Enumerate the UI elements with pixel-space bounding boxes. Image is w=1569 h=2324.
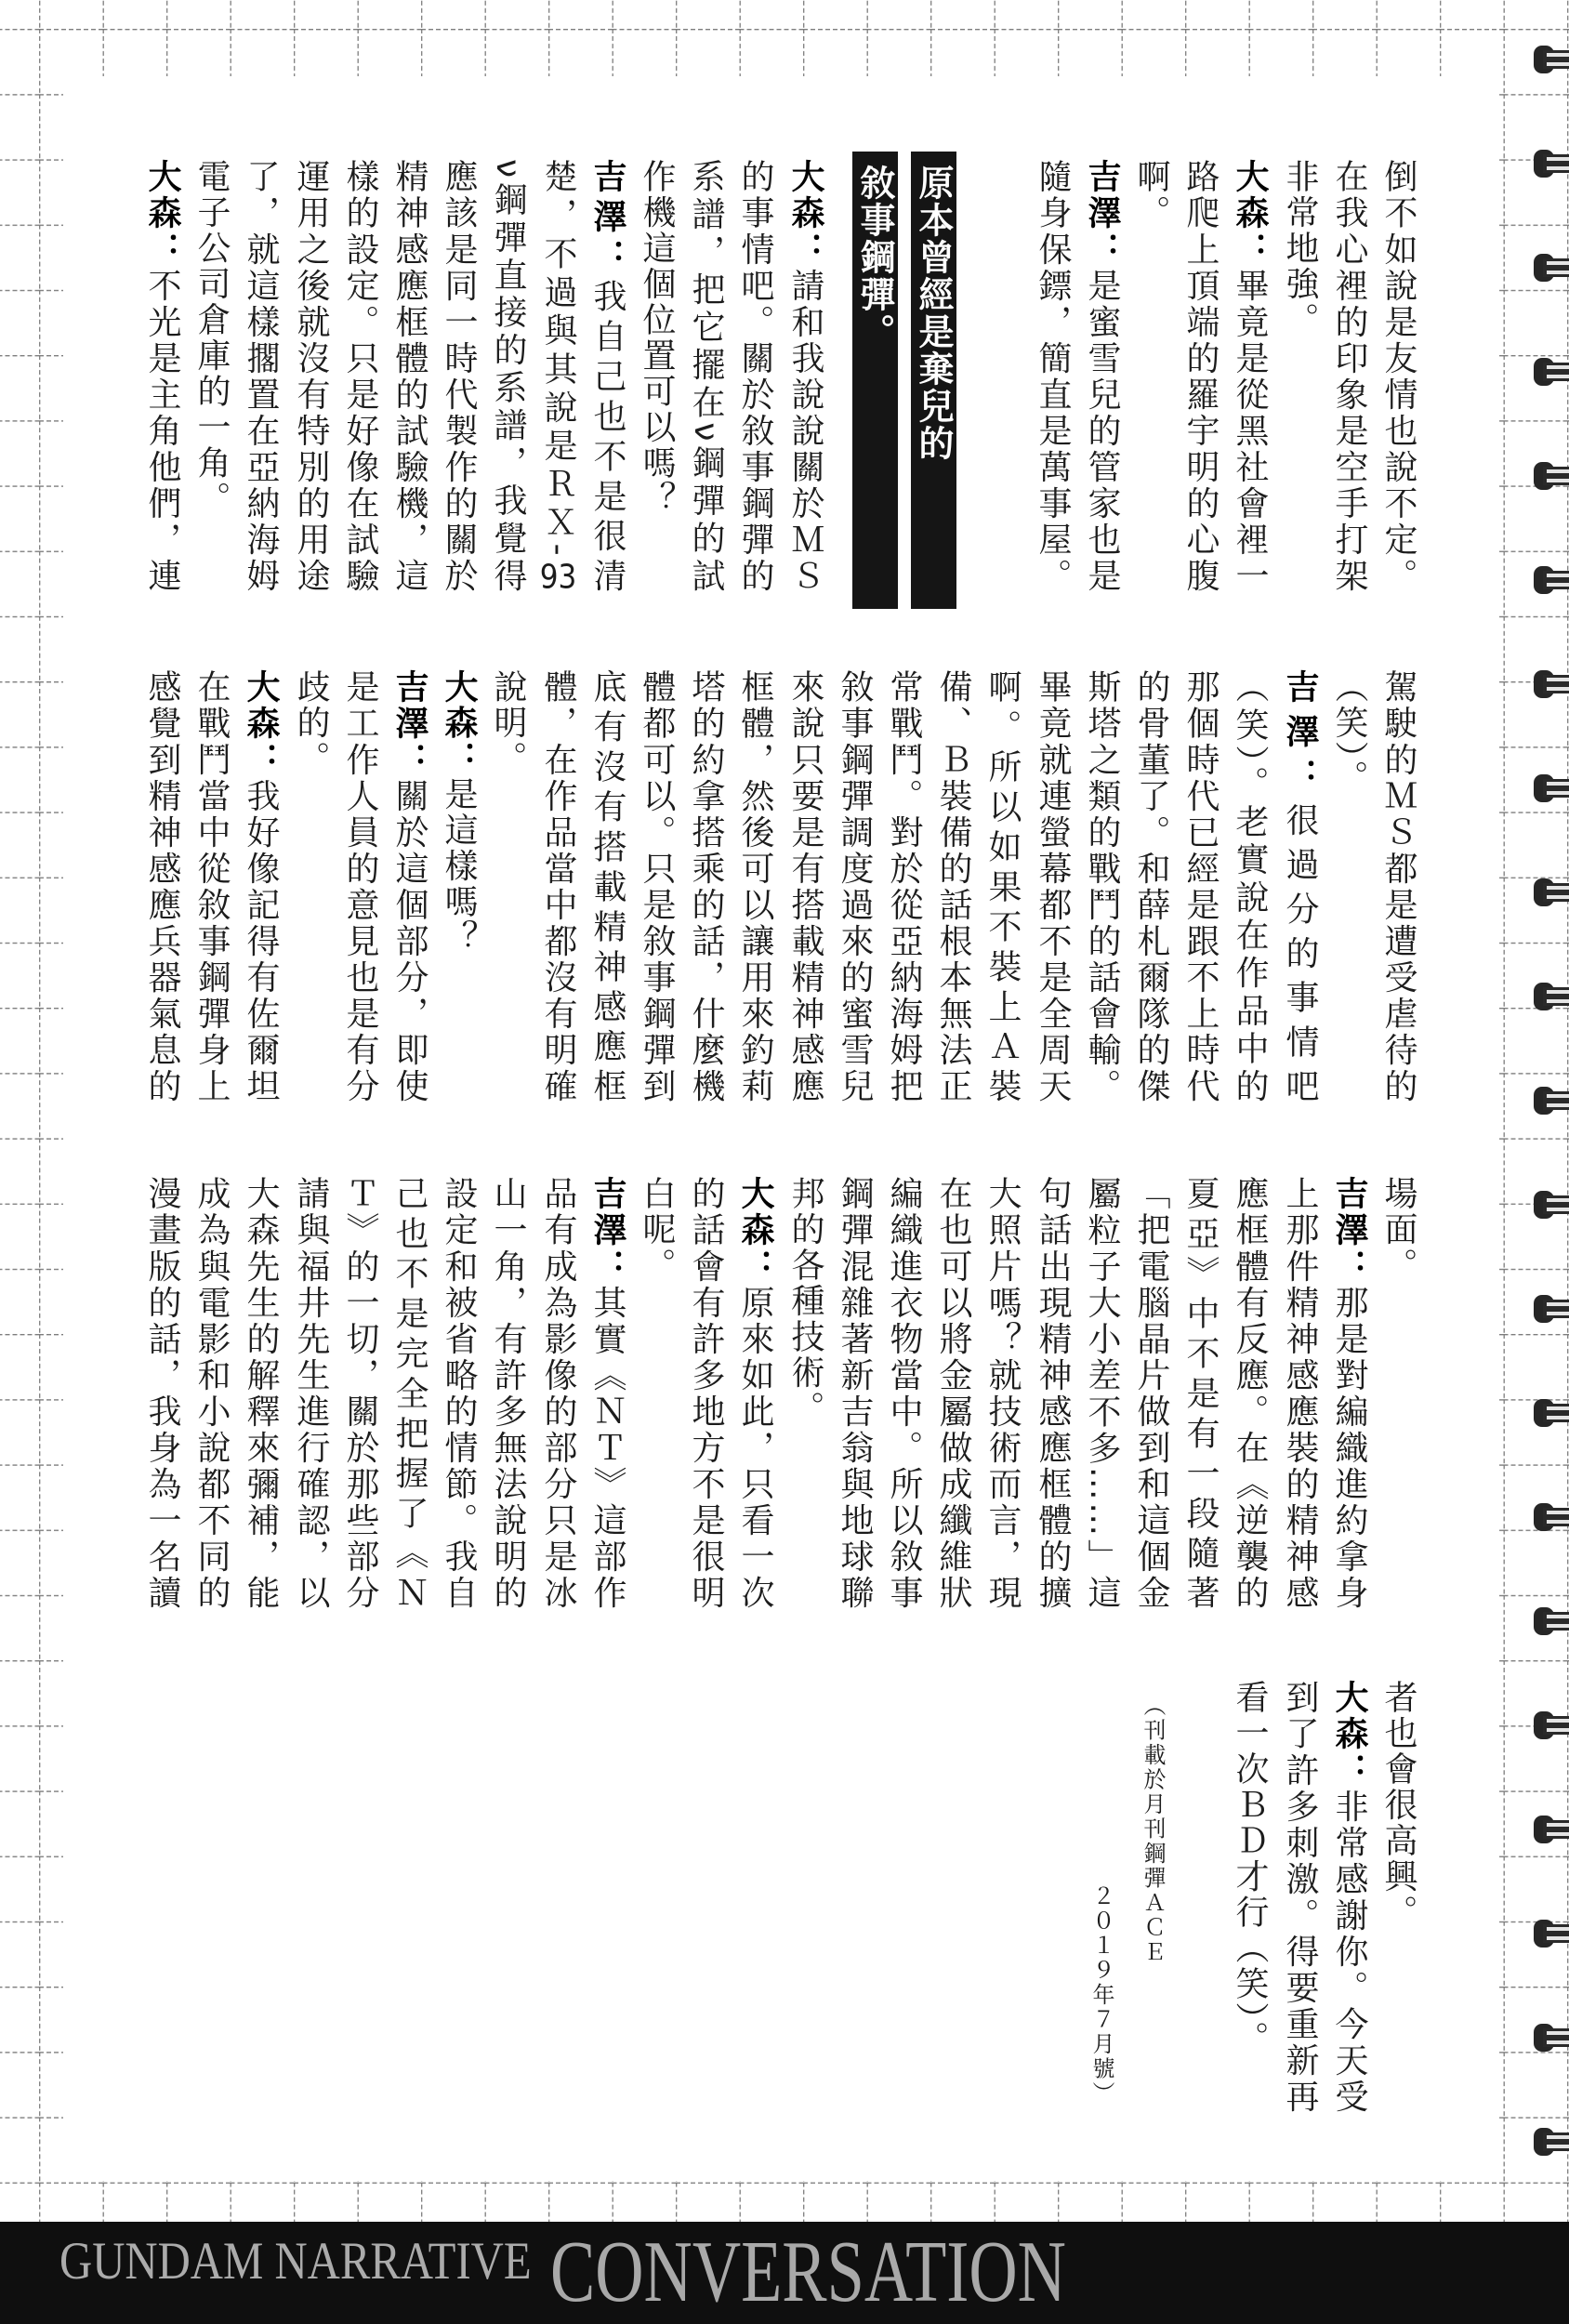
column-text: 斯塔之類的戰鬥的話會輸。 — [1083, 669, 1121, 1104]
text-tier-3: 場面。 吉澤：那是對編織進約拿身 上那件精神感應裝的精神感 應框體有反應。在《逆… — [0, 1176, 1569, 1622]
column-text: 的話會有許多地方不是很明 — [687, 1176, 725, 1611]
text-column: 大森：請和我說說關於ＭＳ — [786, 159, 824, 594]
text-column: 編織進衣物當中。所以敘事 — [885, 1176, 922, 1611]
text-column: 是工作人員的意見也是有分 — [341, 669, 378, 1104]
column-text: 的事情吧。關於敘事鋼彈的 — [736, 159, 774, 594]
text-column: 漫畫版的話，我身為一名讀 — [143, 1176, 180, 1611]
column-text: 畢竟就連螢幕都不是全周天 — [1034, 669, 1072, 1104]
text-column: 了，就這樣擱置在亞納海姆 — [242, 159, 279, 594]
column-text: （笑）。老實說在作品中的 — [1231, 669, 1269, 1104]
text-column: 大森先生的解釋來彌補，能 — [242, 1176, 279, 1611]
text-tier-4: 者也會很高興。 大森：非常感謝你。今天受 到了許多刺激。得要重新再 看一次ＢＤ才… — [0, 1680, 1569, 2126]
column-text: 敘事鋼彈調度過來的蜜雪兒 — [836, 669, 874, 1104]
text-column: 吉澤：關於這個部分，即使 — [390, 669, 428, 1104]
speaker-label: 大森： — [1330, 1680, 1368, 1789]
column-text: 駕駛的ＭＳ都是遭受虐待的 — [1379, 669, 1417, 1104]
text-column: 啊。所以如果不裝上Ａ裝 — [983, 669, 1021, 1104]
column-text: 運用之後就沒有特別的用途 — [292, 159, 330, 594]
text-column: 成為與電影和小說都不同的 — [192, 1176, 230, 1611]
column-text: 應框體有反應。在《逆襲的 — [1231, 1176, 1269, 1611]
text-column: 吉澤：我自己也不是很清 — [588, 159, 626, 594]
text-column: 山一角，有許多無法說明的 — [489, 1176, 526, 1611]
column-text: 路爬上頂端的羅宇明的心腹 — [1181, 159, 1220, 594]
column-text: 大照片嗎？就技術而言，現 — [983, 1176, 1022, 1611]
text-column: 己也不是完全把握了《Ｎ — [390, 1176, 428, 1611]
text-column: 請與福井先生進行確認，以 — [292, 1176, 329, 1611]
column-text: 說明。 — [489, 669, 527, 777]
column-text: 句話出現精神感應框體的擴 — [1034, 1176, 1072, 1611]
speaker-label: 吉澤： — [588, 159, 626, 279]
column-text: 體，在作品當中都沒有明確 — [539, 669, 577, 1104]
column-text: 在戰鬥當中從敘事鋼彈身上 — [192, 669, 231, 1104]
column-text: 歧的。 — [292, 669, 330, 777]
headline-bar: 原本曾經是棄兒的 — [911, 152, 956, 609]
text-column: 來說只要是有搭載精神感應 — [786, 669, 824, 1104]
text-column: 邦的各種技術。 — [786, 1176, 824, 1611]
spiral-ring-icon — [1534, 2128, 1569, 2156]
text-column: 大森：非常感謝你。今天受 — [1330, 1680, 1367, 2115]
column-text: 感覺到精神感應兵器氣息的 — [143, 669, 181, 1104]
text-column: （笑）。老實說在作品中的 — [1231, 669, 1268, 1104]
speaker-label: 吉澤： — [1083, 159, 1121, 268]
text-column: 吉澤：很過分的事情吧 — [1281, 669, 1318, 1104]
column-text: 我好像記得有佐爾坦 — [242, 778, 280, 1104]
text-column: 吉澤：其實《ＮＴ》這部作 — [588, 1176, 626, 1611]
text-column: ν鋼彈直接的系譜，我覺得 — [489, 159, 526, 594]
text-column: 那個時代已經是跟不上時代 — [1181, 669, 1219, 1104]
text-column: 場面。 — [1379, 1176, 1417, 1611]
column-text: 隨身保鏢，簡直是萬事屋。 — [1034, 159, 1072, 594]
speaker-label: 大森： — [242, 669, 280, 778]
headline-bar: 敘事鋼彈。 — [852, 152, 898, 609]
column-text: 不光是主角他們，連 — [143, 268, 181, 594]
column-text: 作機這個位置可以嗎？ — [638, 159, 676, 517]
text-column: 感覺到精神感應兵器氣息的 — [143, 669, 180, 1104]
text-column: 常戰鬥。對於從亞納海姆把 — [885, 669, 922, 1104]
column-text: 請與福井先生進行確認，以 — [292, 1176, 330, 1611]
footer-band: GUNDAM NARRATIVE CONVERSATION — [0, 2222, 1569, 2324]
column-text: Ｔ》的一切，關於那些部分 — [341, 1176, 379, 1611]
speaker-label: 吉澤： — [1281, 669, 1319, 802]
column-text: 鋼彈混雜著新吉翁與地球聯 — [836, 1176, 874, 1611]
column-text: 是蜜雪兒的管家也是 — [1083, 268, 1121, 594]
text-column: 的骨董了。和薛札爾隊的傑 — [1132, 669, 1169, 1104]
column-text: 塔的約拿搭乘的話，什麼機 — [687, 669, 725, 1104]
text-tier-2: 駕駛的ＭＳ都是遭受虐待的 （笑）。 吉澤：很過分的事情吧 （笑）。老實說在作品中… — [0, 669, 1569, 1116]
column-text: ν鋼彈直接的系譜，我覺得 — [489, 159, 527, 594]
text-column: 體，在作品當中都沒有明確 — [539, 669, 576, 1104]
column-text: 應該是同一時代製作的關於 — [440, 159, 478, 594]
speaker-label: 大森： — [1231, 159, 1269, 268]
text-column: 品有成為影像的部分只是冰 — [539, 1176, 576, 1611]
column-text: （笑）。 — [1330, 669, 1368, 796]
text-column: 句話出現精神感應框體的擴 — [1034, 1176, 1071, 1611]
column-text: 大森先生的解釋來彌補，能 — [242, 1176, 280, 1611]
text-column: 歧的。 — [292, 669, 329, 1104]
column-text: 山一角，有許多無法說明的 — [489, 1176, 527, 1611]
text-column: 駕駛的ＭＳ都是遭受虐待的 — [1379, 669, 1417, 1104]
text-column: 運用之後就沒有特別的用途 — [292, 159, 329, 594]
column-text: 備、Ｂ裝備的話根本無法正 — [934, 669, 972, 1104]
headline-text: 敘事鋼彈。 — [854, 165, 896, 350]
citation-source: （刊載於月刊鋼彈ＡＣＥ — [1140, 1694, 1166, 1965]
column-text: 非常地強。 — [1281, 159, 1319, 338]
text-column: 大森：畢竟是從黑社會裡一 — [1231, 159, 1268, 594]
column-text: 原來如此，只看一次 — [736, 1285, 774, 1611]
text-column: 在也可以將金屬做成纖維狀 — [934, 1176, 971, 1611]
headline-text: 原本曾經是棄兒的 — [913, 165, 955, 462]
column-text: 那個時代已經是跟不上時代 — [1181, 669, 1220, 1104]
column-text: 來說只要是有搭載精神感應 — [786, 669, 824, 1104]
column-text: 常戰鬥。對於從亞納海姆把 — [885, 669, 923, 1104]
text-column: 說明。 — [489, 669, 526, 1104]
text-column: 啊。 — [1132, 159, 1169, 594]
text-column: 大森：我好像記得有佐爾坦 — [242, 669, 279, 1104]
column-text: 關於這個部分，即使 — [390, 778, 429, 1104]
text-column: 夏亞》中不是有一段隨著 — [1181, 1176, 1219, 1611]
text-column: 隨身保鏢，簡直是萬事屋。 — [1034, 159, 1071, 594]
text-column: 大森：不光是主角他們，連 — [143, 159, 180, 594]
column-text: 夏亞》中不是有一段隨著 — [1181, 1176, 1220, 1611]
column-text: 精神感應框體的試驗機，這 — [390, 159, 429, 594]
speaker-label: 大森： — [786, 159, 824, 268]
footer-section-title: CONVERSATION — [550, 2228, 1066, 2316]
column-text: 的骨董了。和薛札爾隊的傑 — [1132, 669, 1170, 1104]
column-text: 看一次ＢＤ才行（笑）。 — [1231, 1680, 1269, 2057]
column-text: 在我心裡的印象是空手打架 — [1330, 159, 1368, 594]
speaker-label: 吉澤： — [1330, 1176, 1368, 1285]
speaker-label: 大森： — [440, 669, 478, 777]
column-text: 啊。所以如果不裝上Ａ裝 — [983, 669, 1022, 1104]
text-column: 體都可以。只是敘事鋼彈到 — [638, 669, 675, 1104]
text-column: 應該是同一時代製作的關於 — [440, 159, 477, 594]
text-column: 上那件精神感應裝的精神感 — [1281, 1176, 1318, 1611]
column-text: 設定和被省略的情節。我自 — [440, 1176, 478, 1611]
text-column: 者也會很高興。 — [1379, 1680, 1417, 2115]
column-text: 邦的各種技術。 — [786, 1176, 824, 1427]
column-text: 啊。 — [1132, 159, 1170, 231]
column-text: 屬粒子大小差不多……」這 — [1083, 1176, 1121, 1611]
column-text: 倒不如說是友情也說不定。 — [1379, 159, 1417, 594]
text-column: 畢竟就連螢幕都不是全周天 — [1034, 669, 1071, 1104]
text-column: 的事情吧。關於敘事鋼彈的 — [736, 159, 773, 594]
text-column: 樣的設定。只是好像在試驗 — [341, 159, 378, 594]
text-column: 鋼彈混雜著新吉翁與地球聯 — [836, 1176, 873, 1611]
text-column: 備、Ｂ裝備的話根本無法正 — [934, 669, 971, 1104]
text-column: 精神感應框體的試驗機，這 — [390, 159, 428, 594]
text-column: 吉澤：是蜜雪兒的管家也是 — [1083, 159, 1120, 594]
model-number-digits: 93 — [539, 558, 577, 594]
column-text: 體都可以。只是敘事鋼彈到 — [638, 669, 676, 1104]
column-text: 楚，不過與其說是ＲＸ- — [539, 159, 577, 558]
column-text: 框體，然後可以讓用來釣莉 — [736, 669, 774, 1104]
text-column: 看一次ＢＤ才行（笑）。 — [1231, 1680, 1268, 2115]
speaker-label: 吉澤： — [390, 669, 429, 778]
column-text: 者也會很高興。 — [1379, 1680, 1417, 1931]
text-column: 電子公司倉庫的一角。 — [192, 159, 230, 594]
speaker-label: 大森： — [736, 1176, 774, 1285]
column-text: 場面。 — [1379, 1176, 1417, 1284]
text-column: 大森：是這樣嗎？ — [440, 669, 477, 1104]
text-column: 大照片嗎？就技術而言，現 — [983, 1176, 1021, 1611]
speaker-label: 吉澤： — [588, 1176, 626, 1285]
column-text: 白呢。 — [638, 1176, 676, 1284]
column-text: 成為與電影和小說都不同的 — [192, 1176, 231, 1611]
text-column: 敘事鋼彈調度過來的蜜雪兒 — [836, 669, 873, 1104]
column-text: 樣的設定。只是好像在試驗 — [341, 159, 379, 594]
spiral-ring-icon — [1534, 46, 1569, 73]
column-text: 在也可以將金屬做成纖維狀 — [934, 1176, 972, 1611]
text-tier-1: 倒不如說是友情也說不定。 在我心裡的印象是空手打架 非常地強。 大森：畢竟是從黑… — [0, 159, 1569, 605]
text-column: 塔的約拿搭乘的話，什麼機 — [687, 669, 724, 1104]
column-text: 上那件精神感應裝的精神感 — [1281, 1176, 1319, 1611]
column-text: 請和我說說關於ＭＳ — [786, 268, 824, 594]
text-column: 在戰鬥當中從敘事鋼彈身上 — [192, 669, 230, 1104]
text-column: 框體，然後可以讓用來釣莉 — [736, 669, 773, 1104]
text-column: 大森：原來如此，只看一次 — [736, 1176, 773, 1611]
column-text: 是這樣嗎？ — [440, 777, 478, 957]
text-column: 路爬上頂端的羅宇明的心腹 — [1181, 159, 1219, 594]
column-text: 底有沒有搭載精神感應框 — [588, 669, 626, 1104]
text-column: 「把電腦晶片做到和這個金 — [1132, 1176, 1169, 1611]
text-column: 底有沒有搭載精神感應框 — [588, 669, 626, 1104]
text-column: Ｔ》的一切，關於那些部分 — [341, 1176, 378, 1611]
text-column: 到了許多刺激。得要重新再 — [1281, 1680, 1318, 2115]
text-column: 斯塔之類的戰鬥的話會輸。 — [1083, 669, 1120, 1104]
column-text: 編織進衣物當中。所以敘事 — [885, 1176, 923, 1611]
column-text: 那是對編織進約拿身 — [1330, 1285, 1368, 1611]
text-column: 楚，不過與其說是ＲＸ-93 — [539, 159, 576, 594]
column-text: 電子公司倉庫的一角。 — [192, 159, 231, 517]
column-text: 品有成為影像的部分只是冰 — [539, 1176, 577, 1611]
column-text: 漫畫版的話，我身為一名讀 — [143, 1176, 181, 1611]
text-column: 白呢。 — [638, 1176, 675, 1611]
column-text: 是工作人員的意見也是有分 — [341, 669, 379, 1104]
column-text: 到了許多刺激。得要重新再 — [1281, 1680, 1319, 2115]
column-text: 畢竟是從黑社會裡一 — [1231, 268, 1269, 594]
column-text: 系譜，把它擺在ν鋼彈的試 — [687, 159, 725, 594]
text-column: 倒不如說是友情也說不定。 — [1379, 159, 1417, 594]
column-text: 很過分的事情吧 — [1281, 802, 1319, 1104]
text-column: 非常地強。 — [1281, 159, 1318, 594]
text-column: （笑）。 — [1330, 669, 1367, 1104]
text-column: 設定和被省略的情節。我自 — [440, 1176, 477, 1611]
column-text: 己也不是完全把握了《Ｎ — [390, 1176, 429, 1611]
column-text: 其實《ＮＴ》這部作 — [588, 1285, 626, 1611]
text-column: 作機這個位置可以嗎？ — [638, 159, 675, 594]
text-column: 系譜，把它擺在ν鋼彈的試 — [687, 159, 724, 594]
column-text: 我自己也不是很清 — [588, 279, 626, 594]
speaker-label: 大森： — [143, 159, 181, 268]
column-text: 了，就這樣擱置在亞納海姆 — [242, 159, 280, 594]
text-column: 在我心裡的印象是空手打架 — [1330, 159, 1367, 594]
text-column: 屬粒子大小差不多……」這 — [1083, 1176, 1120, 1611]
footer-series-title: GUNDAM NARRATIVE — [59, 2235, 532, 2288]
citation-date: ２０１９年７月號） — [1088, 1884, 1114, 2106]
column-text: 非常感謝你。今天受 — [1330, 1789, 1368, 2115]
text-column: 吉澤：那是對編織進約拿身 — [1330, 1176, 1367, 1611]
column-text: 「把電腦晶片做到和這個金 — [1132, 1176, 1170, 1611]
text-column: 應框體有反應。在《逆襲的 — [1231, 1176, 1268, 1611]
text-column: 的話會有許多地方不是很明 — [687, 1176, 724, 1611]
